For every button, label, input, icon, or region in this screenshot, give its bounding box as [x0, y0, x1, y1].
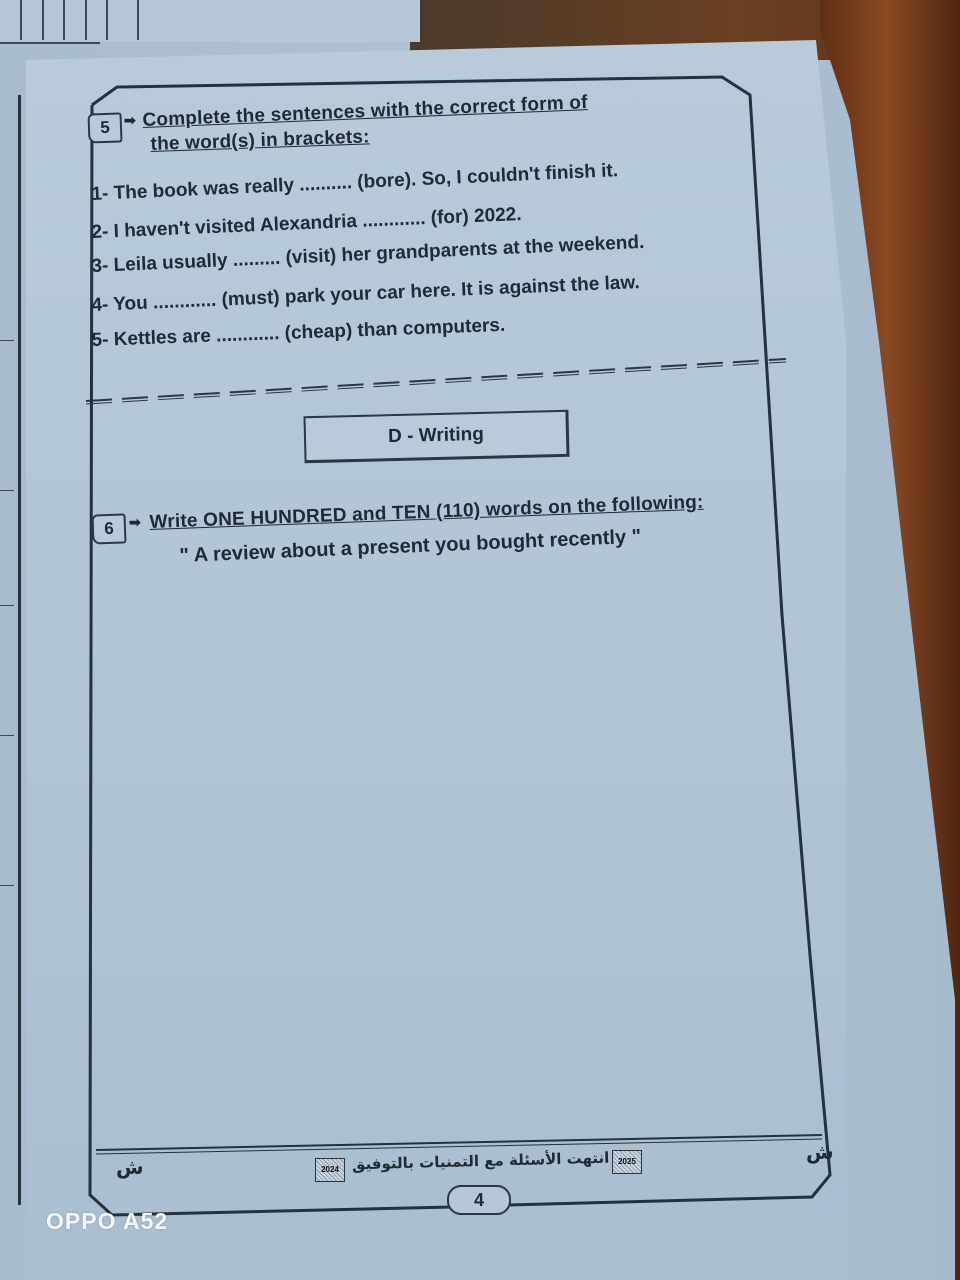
question-instruction-continued: the word(s) in brackets:: [150, 126, 370, 156]
sentence-item: 2- I haven't visited Alexandria ........…: [91, 204, 522, 244]
section-heading-box: D - Writing: [303, 410, 569, 463]
sentence-item: 1- The book was really .......... (bore)…: [91, 160, 619, 206]
page-number: 4: [447, 1185, 511, 1215]
corner-mark-left: ش: [116, 1155, 144, 1179]
logo-icon: 2025: [612, 1150, 642, 1174]
dashed-separator: [86, 355, 786, 405]
footer-closing-text: انتهت الأسئلة مع التمنيات بالتوفيق: [352, 1149, 610, 1174]
sentence-item: 4- You ............ (must) park your car…: [91, 272, 640, 317]
camera-watermark: OPPO A52: [46, 1208, 168, 1235]
corner-mark-right: ش: [806, 1140, 834, 1164]
section-title: D - Writing: [388, 424, 484, 447]
arrow-right-icon: ➡: [129, 514, 141, 531]
arrow-right-icon: ➡: [124, 112, 136, 129]
writing-prompt: " A review about a present you bought re…: [179, 526, 642, 568]
logo-icon: 2024: [315, 1158, 345, 1182]
sentence-item: 5- Kettles are ............ (cheap) than…: [91, 315, 505, 352]
question-number-badge: 6: [91, 513, 126, 544]
question-number-badge: 5: [87, 112, 122, 143]
